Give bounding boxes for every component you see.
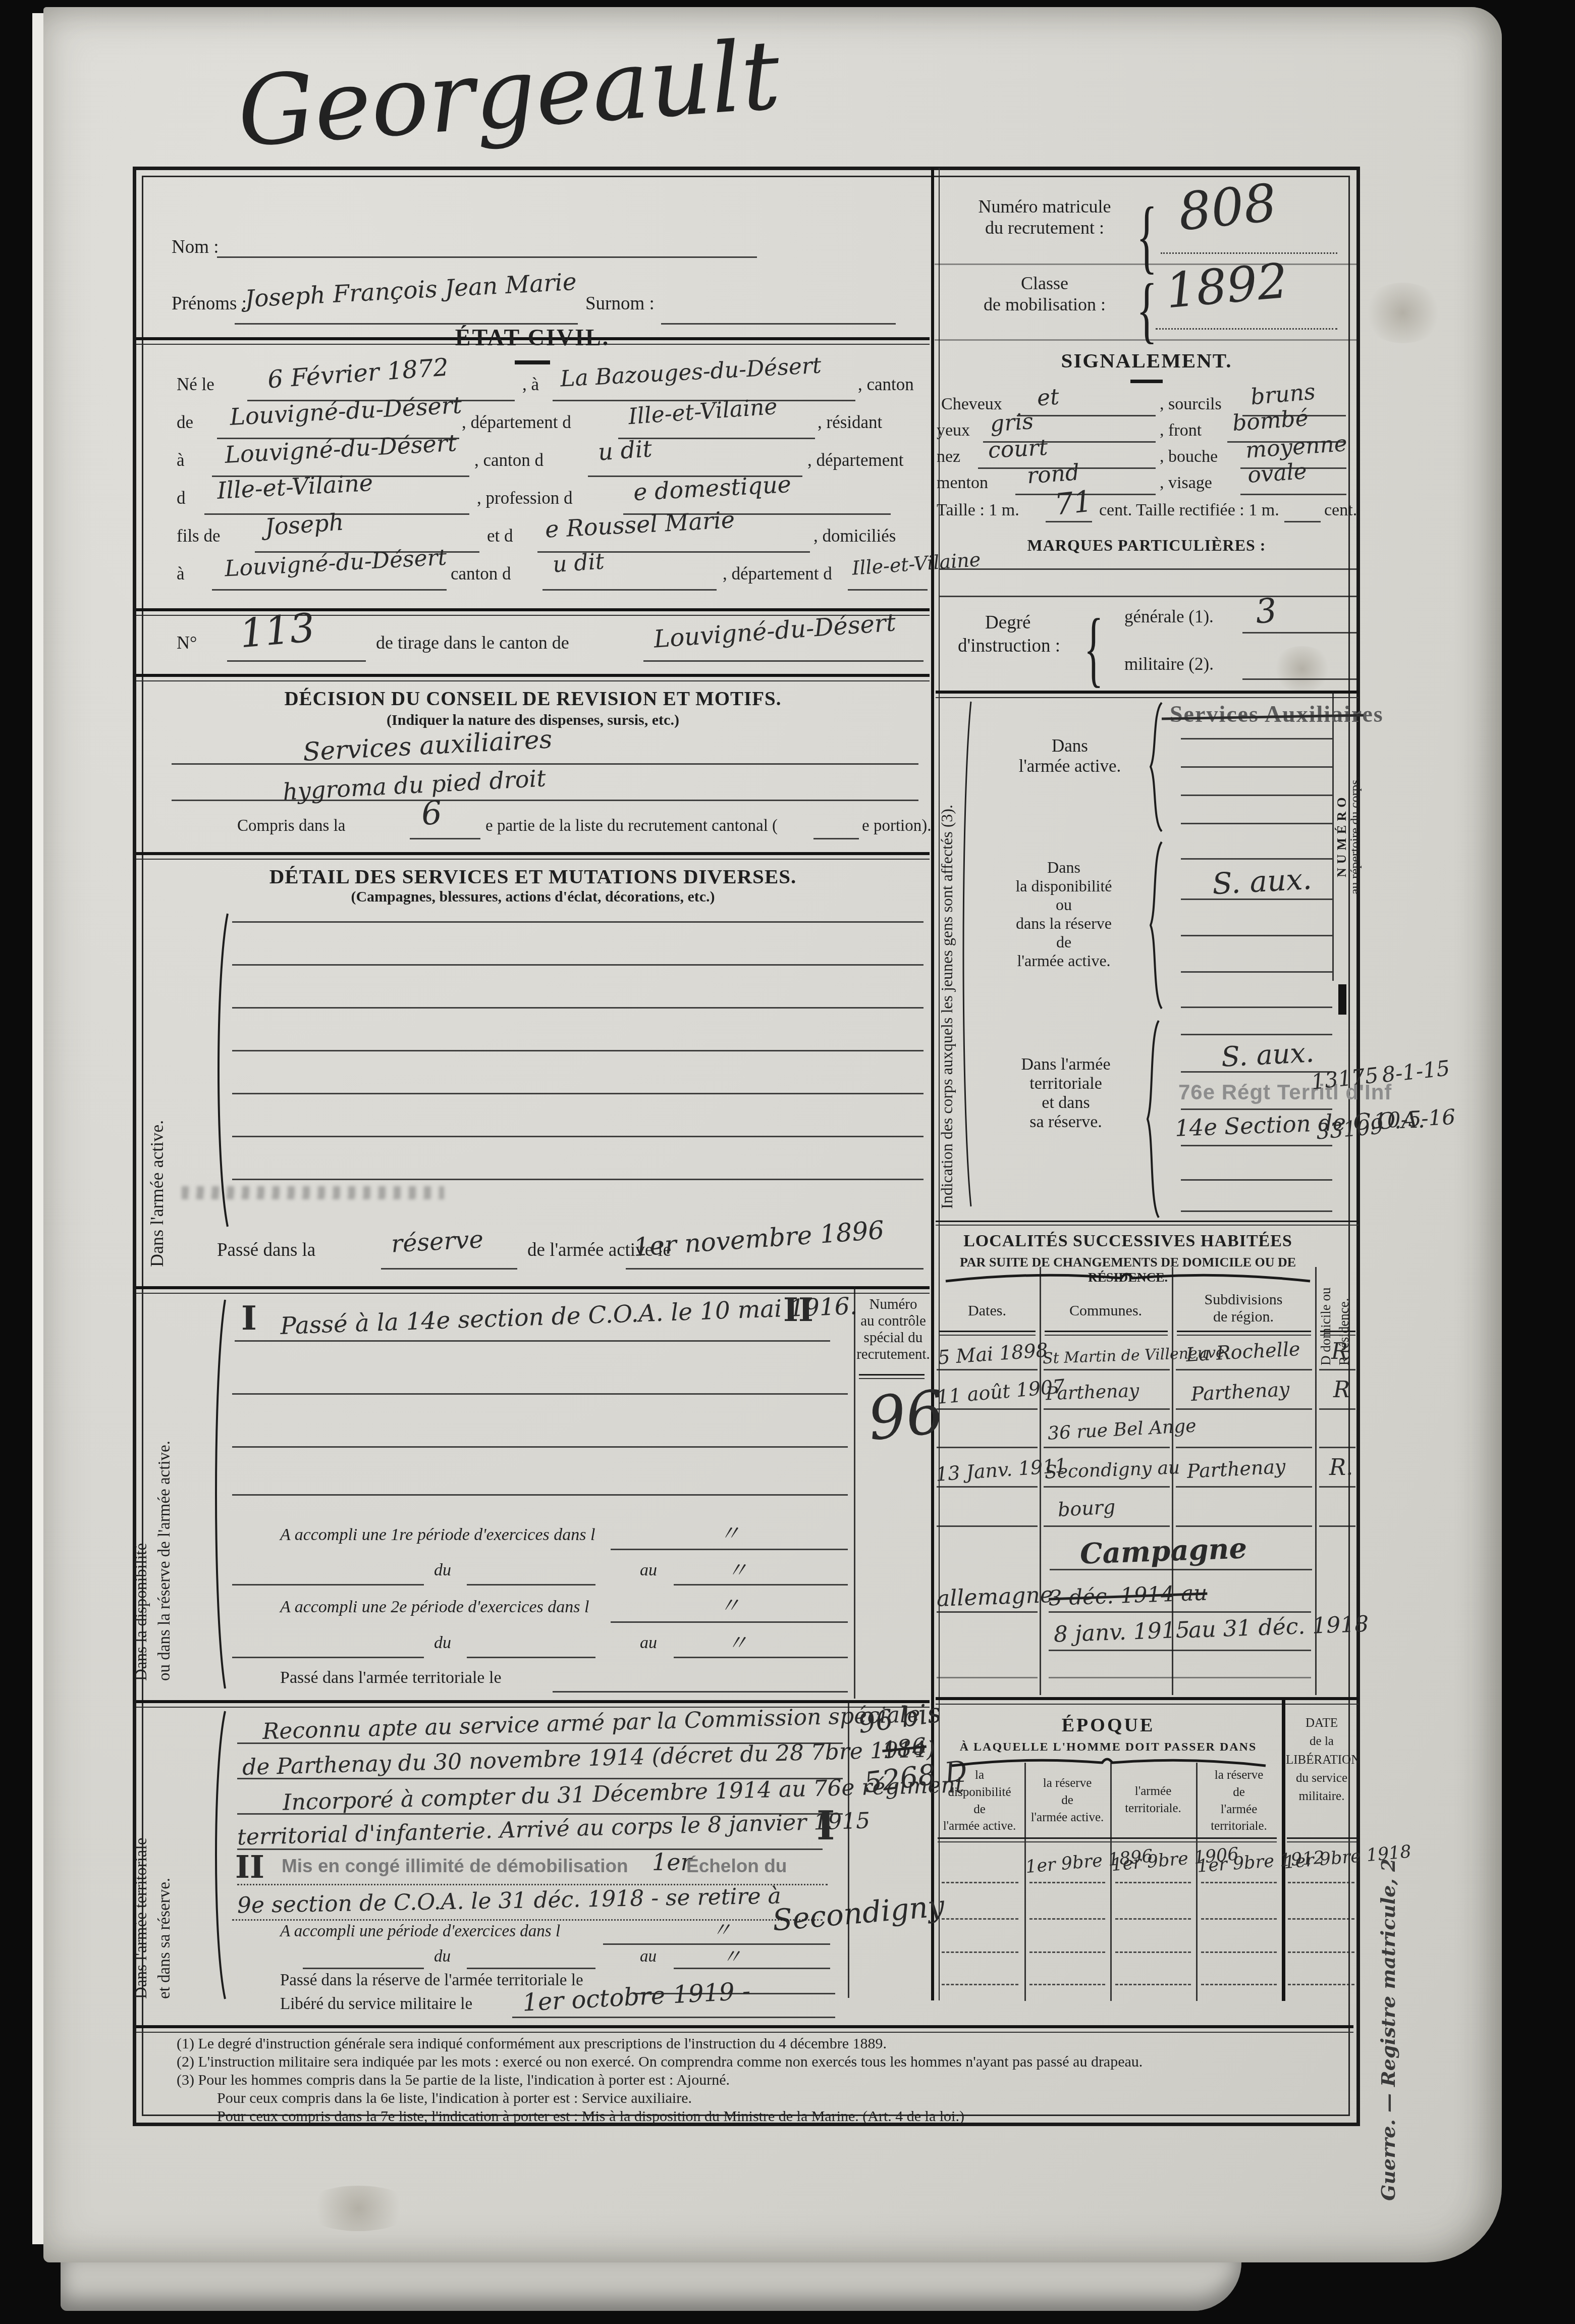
ruled-line [467, 1584, 595, 1586]
nom-line [217, 256, 757, 258]
repertoire-strip-divider [1332, 691, 1334, 981]
ruled-line [1049, 1611, 1311, 1613]
epoque-col3-header: l'armée territoriale. [1112, 1783, 1194, 1817]
taille-value: 71 [1053, 484, 1094, 521]
footnote-1: (1) Le degré d'instruction générale sera… [177, 2035, 887, 2052]
table-divider [1196, 1763, 1198, 2001]
visage-value: ovale [1246, 458, 1308, 488]
col-dates-header: Dates. [937, 1302, 1038, 1319]
canton-label: canton d [451, 564, 511, 584]
visage-label: , visage [1160, 473, 1212, 493]
passe-territoriale-label: Passé dans l'armée territoriale le [280, 1668, 502, 1687]
yeux-value: gris [989, 408, 1034, 437]
ruled-line [172, 800, 918, 801]
ruled-line [232, 1584, 424, 1586]
corps-dispo-value: S. aux. [1211, 862, 1313, 901]
ruled-line [937, 1611, 1038, 1613]
footnote-3: (3) Pour les hommes compris dans la 5e p… [177, 2072, 730, 2089]
ruled-line [1044, 1369, 1170, 1370]
ditto-mark: 〃 [727, 1554, 748, 1584]
epoque-title: ÉPOQUE [939, 1714, 1278, 1736]
menton-label: menton [937, 473, 988, 493]
ruled-line [1181, 1210, 1332, 1212]
ruled-line [232, 1093, 924, 1094]
territoriale-periode-label: A accompli une période d'exercices dans … [280, 1922, 560, 1941]
ruled-line [1049, 1650, 1311, 1651]
footnote-4: Pour ceux compris dans la 6e liste, l'in… [217, 2090, 692, 2107]
ruled-line [1319, 1447, 1355, 1448]
value-line [1288, 1882, 1354, 1883]
matricule-line [1161, 252, 1337, 254]
degre-brace: { [1084, 602, 1103, 698]
ruled-line [1242, 632, 1356, 633]
echelon-stamp: Échelon du [686, 1856, 787, 1877]
heavy-rule [936, 1697, 1359, 1705]
value-line [1029, 1918, 1105, 1920]
territoriale-side-label-1: Dans l'armée territoriale [132, 1711, 151, 1999]
table-divider [1040, 1267, 1041, 1695]
ruled-line [467, 1657, 595, 1658]
canton-ditto-value: u dit [552, 548, 605, 577]
ruled-line [232, 1919, 823, 1921]
ruled-line [1181, 1145, 1332, 1146]
etat-civil-title: ÉTAT CIVIL. [136, 324, 929, 351]
d-label: d [177, 488, 186, 508]
ruled-line [611, 1549, 848, 1550]
corps-dispo-label: Dans la disponibilité ou dans la réserve… [988, 858, 1139, 970]
ruled-line [303, 1968, 424, 1969]
value-line [1115, 1882, 1191, 1883]
dept-label: , département d [723, 564, 832, 584]
ruled-line [232, 1050, 924, 1051]
ruled-line [235, 1340, 830, 1342]
ruled-line [1044, 1525, 1170, 1527]
value-line [942, 1918, 1018, 1920]
marge-column-divider [848, 1700, 849, 1998]
ruled-line [1176, 1447, 1312, 1448]
degre-label-1: Degré [985, 612, 1030, 633]
controle-column-divider [854, 1286, 855, 1699]
ruled-line [1049, 1677, 1311, 1678]
ruled-line [1181, 899, 1332, 900]
ruled-line [937, 1408, 1038, 1410]
corps-territoriale-value: S. aux. [1220, 1036, 1315, 1073]
localite-row-commune-2: bourg [1057, 1496, 1116, 1521]
canton-ditto-value: u dit [597, 435, 653, 465]
ruled-line [381, 1268, 517, 1270]
ruled-line [937, 1525, 1038, 1527]
ruled-line [1181, 858, 1332, 860]
value-line [1288, 1918, 1354, 1920]
table-divider [1024, 1763, 1026, 2001]
periode2-label: A accompli une 2e période d'exercices da… [280, 1598, 589, 1617]
paper-stain [303, 2186, 414, 2231]
table-divider [1110, 1763, 1112, 2001]
corps-active-label: Dans l'armée active. [1002, 736, 1138, 776]
marge-num-2-struck: 186 [881, 1732, 928, 1764]
tirage-label: de tirage dans le canton de [376, 632, 569, 653]
dispo-side-label-1: Dans la disponibilité [132, 1302, 151, 1681]
ruled-line [1242, 678, 1356, 680]
corps-date-2: 10-5-16 [1373, 1104, 1456, 1133]
ruled-line [1176, 1486, 1312, 1488]
value-line [1115, 1951, 1191, 1953]
corps-side-arc [960, 702, 973, 1206]
dispo-side-label-2: ou dans la réserve de l'armée active. [155, 1302, 174, 1681]
ruled-line [940, 596, 1356, 597]
value-line [1201, 1918, 1277, 1920]
militaire-label: militaire (2). [1124, 654, 1214, 674]
localite-row-dr: R [1333, 1377, 1350, 1403]
marker-II: II [235, 1848, 264, 1885]
ruled-line [1319, 1525, 1355, 1527]
front-label: , front [1160, 421, 1202, 440]
ruled-line [1181, 795, 1332, 796]
surnom-label: Surnom : [585, 293, 655, 314]
compris-label: Compris dans la [237, 817, 345, 835]
double-rule [136, 674, 930, 681]
ruled-line [674, 1657, 848, 1658]
header-rule [1320, 1331, 1355, 1336]
ruled-line [553, 1691, 848, 1693]
au-label: au [640, 1633, 657, 1653]
header-rule [1287, 1837, 1356, 1842]
generale-label: générale (1). [1124, 607, 1214, 627]
printer-imprint: Guerre. — Registre matricule, 2 [1377, 1701, 1399, 2201]
ruled-line [1017, 415, 1156, 416]
ruled-line [1176, 1369, 1312, 1370]
matricule-value: 808 [1175, 173, 1279, 243]
tirage-num-value: 113 [238, 605, 316, 657]
compris-label3: e portion). [862, 817, 931, 835]
ruled-line [611, 1621, 848, 1623]
corps-territoriale-label: Dans l'armée territoriale et dans sa rés… [995, 1055, 1136, 1132]
territoriale-side-label-2: et dans sa réserve. [155, 1711, 174, 1999]
periode1-label: A accompli une 1re période d'exercices d… [280, 1525, 595, 1545]
epoque-col2-header: la réserve de l'armée active. [1026, 1775, 1108, 1826]
value-line [1201, 1951, 1277, 1953]
repertoire-label-2: au répertoire du corps. [1347, 699, 1363, 972]
ruled-line [626, 1268, 924, 1270]
tirage-no-label: N° [177, 632, 197, 653]
passe-reserve-label: Passé dans la [217, 1239, 315, 1261]
ruled-line [848, 589, 928, 591]
row-separator [935, 263, 1359, 265]
a-label: à [177, 564, 185, 584]
ruled-line [212, 589, 447, 591]
classe-value: 1892 [1164, 253, 1290, 320]
yeux-label: yeux [937, 421, 970, 440]
ruled-line [1181, 1179, 1332, 1181]
domicilies-label: , domiciliés [813, 526, 896, 546]
ruled-line [1181, 1007, 1332, 1008]
ruled-line [1181, 1034, 1332, 1035]
ruled-line [643, 660, 924, 662]
marques-label: MARQUES PARTICULIÈRES : [935, 536, 1359, 555]
marker-I: I [241, 1298, 257, 1338]
controle-label: Numéro au contrôle spécial du recrutemen… [856, 1296, 931, 1363]
au-label: au [640, 1947, 657, 1966]
epoque-subtitle: À LAQUELLE L'HOMME DOIT PASSER DANS [939, 1740, 1278, 1754]
dept-label: , département d [462, 412, 571, 433]
ruled-line [1319, 1369, 1355, 1370]
residant-label: , résidant [818, 412, 882, 433]
degre-label-2: d'instruction : [958, 635, 1060, 657]
detail-title: DÉTAIL DES SERVICES ET MUTATIONS DIVERSE… [136, 864, 930, 888]
epoque-date-label: DATE de la LIBÉRATION du service militai… [1286, 1714, 1357, 1806]
ditto-mark: 〃 [719, 1517, 740, 1547]
value-line [942, 1882, 1018, 1883]
value-line [1029, 1984, 1105, 1985]
ruled-line [512, 2017, 835, 2018]
au-label: au [640, 1561, 657, 1580]
taille-label: Taille : 1 m. [937, 501, 1019, 520]
ruled-line [1240, 494, 1346, 495]
dept-label: , département [807, 450, 903, 470]
hand-1er: 1er [652, 1848, 691, 1876]
corps-side-label: Indication des corps auxquels les jeunes… [938, 699, 956, 1209]
ruled-line [1176, 1525, 1312, 1527]
sourcils-label: , sourcils [1160, 395, 1222, 414]
ditto-mark: 〃 [712, 1914, 732, 1943]
localites-title: LOCALITÉS SUCCESSIVES HABITÉES [939, 1232, 1317, 1251]
footnote-5: Pour ceux compris dans la 7e liste, l'in… [217, 2108, 964, 2125]
header-rule [1045, 1331, 1168, 1336]
ne-le-label: Né le [177, 375, 214, 395]
controle-rule [859, 1374, 925, 1379]
localite-row-commune: Parthenay [1045, 1381, 1139, 1404]
value-line [1029, 1951, 1105, 1953]
canton-label: , canton d [474, 450, 544, 470]
ditto-mark: 〃 [727, 1626, 748, 1657]
matricule-label: Numéro matricule du recrutement : [946, 196, 1143, 238]
front-value: bombé [1231, 405, 1309, 436]
footnote-2: (2) L'instruction militaire sera indiqué… [177, 2053, 1143, 2071]
nez-value: court [988, 435, 1049, 463]
campagne-title: Campagne [1079, 1531, 1247, 1571]
ruled-line [1319, 1486, 1355, 1488]
ruled-line [1044, 1447, 1170, 1448]
localite-row-dr: R. [1329, 1455, 1353, 1481]
double-rule [936, 691, 1359, 698]
ruled-line [937, 1677, 1038, 1678]
header-flourish [951, 1756, 1267, 1768]
compris-num-value: 6 [420, 795, 443, 833]
ruled-line [1044, 1486, 1170, 1488]
classe-label: Classe de mobilisation : [961, 273, 1128, 315]
signalement-title: SIGNALEMENT. [935, 348, 1359, 373]
controle-value: 96 [864, 1377, 947, 1454]
campagne-pays: allemagne [936, 1582, 1054, 1612]
value-line [1288, 1951, 1354, 1953]
section-rule [936, 1221, 1359, 1226]
col-subdivisions-header: Subdivisions de région. [1175, 1291, 1312, 1326]
underlying-page-edge [61, 2262, 1241, 2311]
pere-value: Joseph [264, 508, 344, 541]
passe-reserve-territoriale-label: Passé dans la réserve de l'armée territo… [280, 1971, 583, 1990]
ruled-line [232, 1393, 848, 1395]
fils-de-label: fils de [177, 526, 221, 546]
ruled-line [674, 1968, 830, 1969]
header-rule [938, 1837, 1277, 1842]
a-label: , à [522, 375, 539, 395]
du-label: du [434, 1633, 451, 1653]
ruled-line [1319, 1408, 1355, 1410]
header-rule [939, 1331, 1036, 1336]
value-line [1029, 1882, 1105, 1883]
repertoire-tick [1338, 984, 1346, 1015]
ruled-line [232, 1007, 924, 1009]
ruled-line [937, 1369, 1038, 1370]
title-dash [515, 360, 550, 364]
brace [1150, 842, 1163, 1009]
brace [1147, 1021, 1160, 1218]
value-line [1115, 1984, 1191, 1985]
ruled-line [1181, 971, 1332, 973]
paper-stain [1363, 283, 1443, 343]
ruled-line [1181, 935, 1332, 936]
ruled-line [1176, 1408, 1312, 1410]
generale-value: 3 [1254, 591, 1279, 631]
detail-subtitle: (Campagnes, blessures, actions d'éclat, … [136, 888, 930, 906]
ruled-line [1181, 766, 1332, 768]
title-dash [1130, 380, 1163, 383]
ruled-line [227, 660, 366, 662]
ruled-line [940, 568, 1356, 570]
decision-title: DÉCISION DU CONSEIL DE REVISION ET MOTIF… [136, 688, 930, 710]
de-label: de [177, 412, 193, 433]
ruled-line [1284, 521, 1321, 522]
marker-I: I [817, 1803, 835, 1849]
marker-II: II [783, 1291, 813, 1329]
value-line [1201, 1882, 1277, 1883]
territoriale-brace [212, 1711, 227, 1999]
cent-label: cent. [1324, 501, 1357, 520]
ruled-line [937, 1486, 1038, 1488]
row-separator [935, 339, 1359, 341]
header-flourish [945, 1270, 1311, 1283]
taille-rectifiee-label: cent. Taille rectifiée : 1 m. [1099, 501, 1279, 520]
ruled-line [232, 1136, 924, 1137]
ruled-line [1050, 1569, 1312, 1570]
du-label: du [434, 1947, 451, 1966]
profession-label: , profession d [477, 488, 573, 508]
detail-brace [214, 914, 230, 1227]
value-line [942, 1951, 1018, 1953]
footnote-separator [136, 2025, 1353, 2033]
compris-label2: e partie de la liste du recrutement cant… [485, 817, 778, 835]
ruled-line [937, 1447, 1038, 1448]
header-rule [1177, 1331, 1311, 1336]
ruled-line [232, 1494, 848, 1496]
ruled-line [237, 1848, 823, 1850]
page-edge-sliver [32, 13, 43, 2244]
brace [1150, 703, 1163, 831]
epoque-col4-header: la réserve de l'armée territoriale. [1198, 1767, 1280, 1835]
pencil-marks [182, 1186, 444, 1199]
dispo-brace [212, 1300, 227, 1688]
a-label: à [177, 450, 185, 470]
ruled-line [674, 1584, 848, 1586]
et-de-label: et d [487, 526, 513, 546]
canton-label: , canton [858, 375, 914, 395]
ruled-line [542, 589, 717, 591]
campagne-date-2: 8 janv. 1915 [1053, 1617, 1190, 1647]
nez-label: nez [937, 447, 960, 466]
value-line [1201, 1984, 1277, 1985]
ruled-line [1181, 738, 1332, 740]
cheveux-value: et [1036, 384, 1060, 411]
ruled-line [232, 1179, 924, 1180]
ruled-line [232, 964, 924, 966]
libere-label: Libéré du service militaire le [280, 1995, 472, 2014]
ruled-line [232, 1657, 424, 1658]
ruled-line [813, 838, 859, 839]
prenoms-label: Prénoms : [172, 293, 247, 314]
demobilisation-stamp: Mis en congé illimité de démobilisation [282, 1856, 628, 1877]
menton-value: rond [1026, 459, 1080, 489]
ruled-line [1046, 521, 1092, 522]
ditto-mark: 〃 [719, 1589, 740, 1619]
ruled-line [603, 1943, 830, 1945]
nom-label: Nom : [172, 236, 219, 258]
epoque-col1-header: la disponibilité de l'armée active. [937, 1767, 1022, 1835]
scanned-register-page: Georgeault Nom : Prénoms : Joseph Franço… [0, 0, 1575, 2324]
ruled-line [410, 838, 480, 839]
passe-reserve-value: réserve [391, 1225, 484, 1258]
double-rule [136, 852, 930, 860]
ditto-mark: 〃 [722, 1941, 742, 1970]
value-line [1288, 1984, 1354, 1985]
detail-side-label: Dans l'armée active. [146, 984, 168, 1267]
col-communes-header: Communes. [1043, 1302, 1169, 1319]
ruled-line [1181, 823, 1332, 824]
ruled-line [1044, 1408, 1170, 1410]
classe-line [1156, 328, 1337, 330]
bouche-label: , bouche [1160, 447, 1218, 466]
value-line [942, 1984, 1018, 1985]
date-column-divider [1282, 1697, 1285, 2001]
du-label: du [434, 1561, 451, 1580]
ruled-line [467, 1968, 595, 1969]
ruled-line [232, 1446, 848, 1448]
localite-row-dr: R [1331, 1339, 1348, 1364]
ruled-line [1181, 1071, 1332, 1073]
ruled-line [232, 921, 924, 923]
value-line [1115, 1918, 1191, 1920]
